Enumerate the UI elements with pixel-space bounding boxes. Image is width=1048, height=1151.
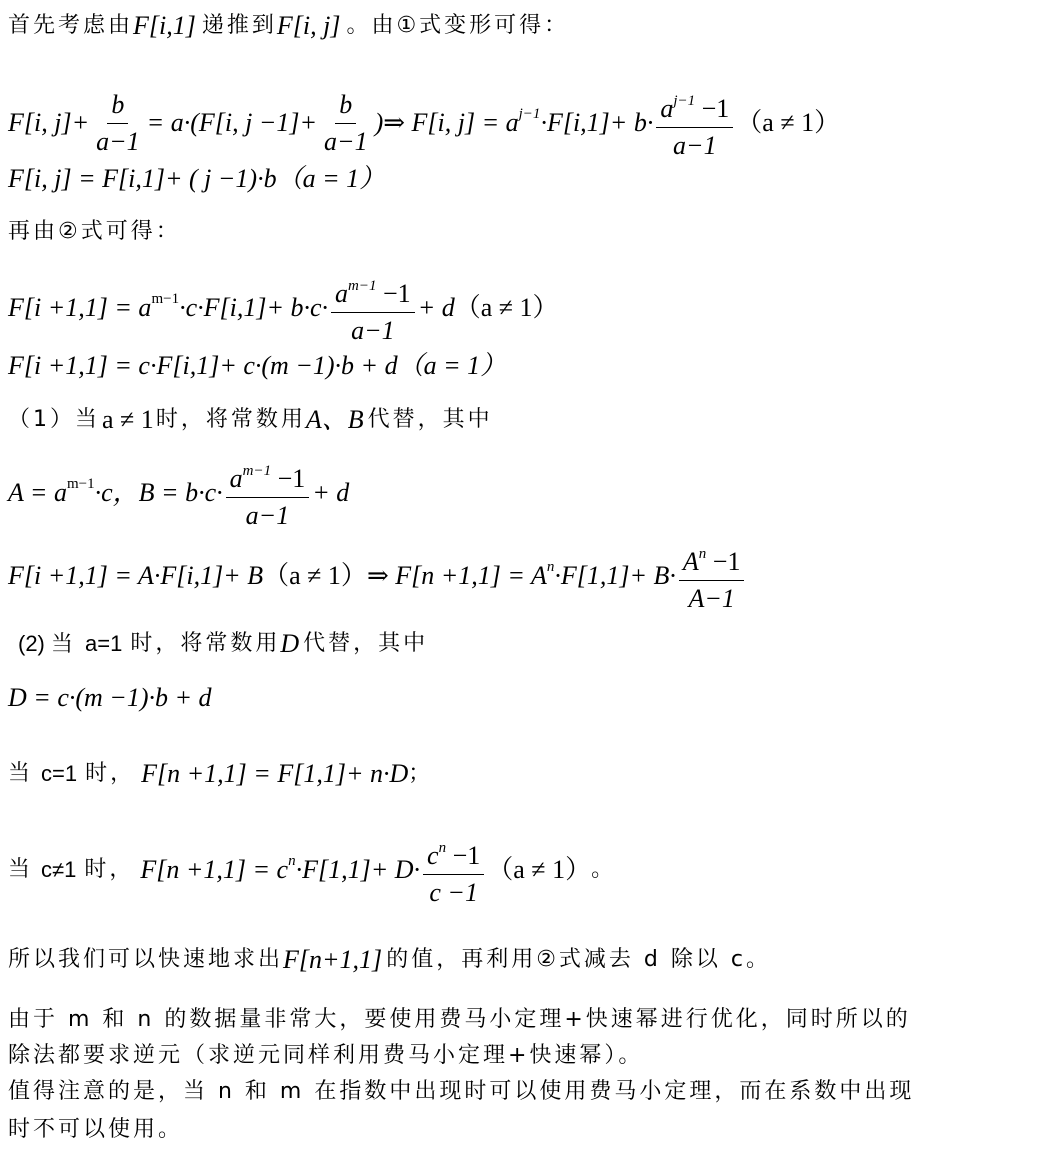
eq1-frac2-denominator: a−1 — [320, 124, 372, 160]
case1-suffix: 代替，其中 — [368, 406, 493, 434]
c-neq1-exponent: n — [288, 847, 296, 875]
case1-mid: 时，将常数用 — [156, 406, 306, 434]
eq4-condition: （a = 1） — [398, 352, 507, 380]
step2-label: 再由②式可得： — [8, 218, 181, 246]
def-b-fraction: am−1 −1 a−1 — [226, 453, 310, 534]
step2-label-line: 再由②式可得： — [8, 218, 181, 246]
eq1-frac3-denominator: a−1 — [669, 128, 721, 164]
eq1-frac2-numerator: b — [335, 87, 356, 124]
eq1-frac1-numerator: b — [107, 87, 128, 124]
eq1-exponent: j−1 — [519, 100, 541, 128]
def-a-exponent: m−1 — [67, 470, 95, 498]
intro-mid: 递推到 — [202, 12, 277, 40]
eq1-fraction-1: b a−1 — [92, 87, 144, 160]
eq5-condition: （a ≠ 1） — [263, 562, 367, 590]
eq1-frac1-denominator: a−1 — [92, 124, 144, 160]
conclusion-line: 所以我们可以快速地求出 F[n+1,1] 的值，再利用②式减去 d 除以 c。 — [8, 946, 771, 974]
equation-5: F[i +1,1] = A·F[i,1]+ B （a ≠ 1） ⇒ F[n +1… — [8, 538, 747, 614]
equation-4: F[i +1,1] = c·F[i,1]+ c·(m −1)·b + d （a … — [8, 352, 506, 380]
eq5-lhs: F[i +1,1] = A·F[i,1]+ B — [8, 562, 263, 590]
c-neq1-condition-2: （a ≠ 1） — [487, 856, 591, 884]
eq1-lhs: F[i, j]+ — [8, 109, 89, 137]
eq3-numerator: am−1 −1 — [331, 268, 415, 313]
c-neq1-denominator: c −1 — [425, 875, 482, 911]
intro-suffix: 。由①式变形可得： — [346, 12, 569, 40]
case2-vars: D — [280, 630, 299, 658]
eq1-fraction-3: aj−1 −1 a−1 — [656, 83, 733, 164]
intro-expr-f-i-1: F[i,1] — [133, 12, 196, 40]
eq5-denominator: A−1 — [684, 581, 738, 617]
case1-condition: a ≠ 1 — [102, 406, 154, 434]
note-line-2: 除法都要求逆元（求逆元同样利用费马小定理+快速幂）。 — [8, 1042, 643, 1070]
equation-1: F[i, j]+ b a−1 = a·(F[i, j −1]+ b a−1 )⇒… — [8, 88, 840, 158]
intro-expr-f-i-j: F[i, j] — [277, 12, 341, 40]
def-d-text: D = c·(m −1)·b + d — [8, 684, 212, 712]
conclusion-prefix: 所以我们可以快速地求出 — [8, 946, 283, 974]
case2-prefix: (2) 当 — [18, 630, 73, 658]
eq5-numerator: An −1 — [679, 536, 745, 581]
c-eq1-expr: F[n +1,1] = F[1,1]+ n·D — [141, 760, 408, 788]
def-b-numerator: am−1 −1 — [226, 453, 310, 498]
note-line-1: 由于 m 和 n 的数据量非常大，要使用费马小定理+快速幂进行优化，同时所以的 — [8, 1006, 911, 1034]
c-neq1-prefix: 当 — [8, 856, 33, 884]
def-a: A = a — [8, 479, 67, 507]
eq5-mid: ·F[1,1]+ B· — [554, 562, 676, 590]
eq1-condition: （a ≠ 1） — [736, 109, 840, 137]
case2-suffix: 代替，其中 — [303, 630, 428, 658]
c-eq1-mid: 时， — [85, 760, 135, 788]
conclusion-suffix: 的值，再利用②式减去 d 除以 c。 — [386, 946, 771, 974]
c-eq1-prefix: 当 — [8, 760, 33, 788]
note-2: 除法都要求逆元（求逆元同样利用费马小定理+快速幂）。 — [8, 1042, 643, 1070]
eq1-frac3-numerator: aj−1 −1 — [656, 83, 733, 128]
case1-prefix: （1）当 — [8, 406, 100, 434]
eq3-exponent: m−1 — [151, 285, 179, 313]
c-neq1-rhs: ·F[1,1]+ D· — [296, 856, 420, 884]
c-neq1-condition: c≠1 — [41, 856, 76, 884]
note-4: 时不可以使用。 — [8, 1116, 183, 1144]
case2-mid: 时，将常数用 — [130, 630, 280, 658]
case2-label-line: (2) 当 a=1 时，将常数用 D 代替，其中 — [18, 630, 428, 658]
note-1: 由于 m 和 n 的数据量非常大，要使用费马小定理+快速幂进行优化，同时所以的 — [8, 1006, 911, 1034]
intro-line: 首先考虑由 F[i,1] 递推到 F[i, j] 。由①式变形可得： — [8, 12, 569, 40]
def-b: B = b·c· — [139, 479, 223, 507]
eq3-tail: + d — [418, 294, 455, 322]
c-neq1-numerator: cn −1 — [423, 830, 484, 875]
eq4-text: F[i +1,1] = c·F[i,1]+ c·(m −1)·b + d — [8, 352, 398, 380]
eq1-rhs: ·F[i,1]+ b· — [540, 109, 653, 137]
note-3: 值得注意的是，当 n 和 m 在指数中出现时可以使用费马小定理，而在系数中出现 — [8, 1078, 914, 1106]
eq5-fraction: An −1 A−1 — [679, 536, 745, 617]
eq3-lhs: F[i +1,1] = a — [8, 294, 151, 322]
case2-condition: a=1 — [85, 630, 122, 658]
eq2-text: F[i, j] = F[i,1]+ ( j −1)·b — [8, 165, 277, 193]
equation-3: F[i +1,1] = a m−1 ·c·F[i,1]+ b·c· am−1 −… — [8, 270, 559, 346]
case1-label-line: （1）当 a ≠ 1 时，将常数用 A、B 代替，其中 — [8, 406, 493, 434]
c-neq1-suffix: 。 — [591, 856, 616, 884]
case-c-equals-1: 当 c=1 时， F[n +1,1] = F[1,1]+ n·D ； — [8, 760, 433, 788]
eq1-implies: )⇒ F[i, j] = a — [375, 109, 519, 137]
note-line-3: 值得注意的是，当 n 和 m 在指数中出现时可以使用费马小定理，而在系数中出现 — [8, 1078, 914, 1106]
equation-2: F[i, j] = F[i,1]+ ( j −1)·b （a = 1） — [8, 165, 385, 193]
eq3-mid: ·c·F[i,1]+ b·c· — [179, 294, 328, 322]
c-neq1-lhs: F[n +1,1] = c — [140, 856, 288, 884]
def-a-tail: ·c， — [95, 479, 139, 507]
c-neq1-fraction: cn −1 c −1 — [423, 830, 484, 911]
eq3-fraction: am−1 −1 a−1 — [331, 268, 415, 349]
eq5-exponent: n — [547, 553, 555, 581]
eq5-implies: ⇒ F[n +1,1] = A — [367, 562, 547, 590]
eq1-fraction-2: b a−1 — [320, 87, 372, 160]
note-line-4: 时不可以使用。 — [8, 1116, 183, 1144]
def-b-denominator: a−1 — [242, 498, 294, 534]
c-neq1-mid: 时， — [84, 856, 134, 884]
def-b-tail: + d — [312, 479, 349, 507]
case1-vars: A、B — [306, 406, 364, 434]
case-c-not-1: 当 c≠1 时， F[n +1,1] = c n ·F[1,1]+ D· cn … — [8, 832, 616, 908]
eq3-denominator: a−1 — [347, 313, 399, 349]
conclusion-expr: F[n+1,1] — [283, 946, 382, 974]
eq3-condition: （a ≠ 1） — [455, 294, 559, 322]
intro-prefix: 首先考虑由 — [8, 12, 133, 40]
definition-a-b: A = a m−1 ·c， B = b·c· am−1 −1 a−1 + d — [8, 455, 349, 531]
c-eq1-suffix: ； — [408, 760, 433, 788]
definition-d: D = c·(m −1)·b + d — [8, 684, 212, 712]
c-eq1-condition: c=1 — [41, 760, 77, 788]
eq1-mid: = a·(F[i, j −1]+ — [147, 109, 317, 137]
eq2-condition: （a = 1） — [277, 165, 386, 193]
